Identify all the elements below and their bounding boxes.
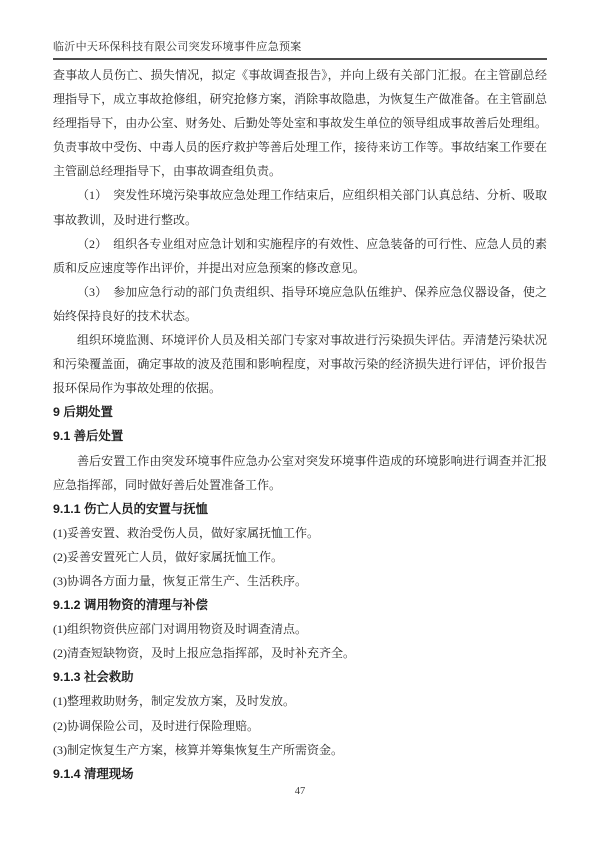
- page-header: 临沂中天环保科技有限公司突发环境事件应急预案: [53, 41, 547, 60]
- section-heading-9: 9 后期处置: [53, 400, 547, 424]
- page-footer: 47: [0, 786, 600, 797]
- list-item: (1)妥善安置、救治受伤人员，做好家属抚恤工作。: [53, 521, 547, 545]
- section-heading-9-1: 9.1 善后处置: [53, 424, 547, 448]
- section-heading-9-1-4: 9.1.4 清理现场: [53, 762, 547, 786]
- page-number: 47: [295, 786, 306, 797]
- list-item: (3)协调各方面力量，恢复正常生产、生活秩序。: [53, 569, 547, 593]
- paragraph: 组织环境监测、环境评价人员及相关部门专家对事故进行污染损失评估。弄清楚污染状况和…: [53, 328, 547, 400]
- section-heading-9-1-2: 9.1.2 调用物资的清理与补偿: [53, 593, 547, 617]
- section-heading-9-1-3: 9.1.3 社会救助: [53, 665, 547, 689]
- document-page: 临沂中天环保科技有限公司突发环境事件应急预案 查事故人员伤亡、损失情况，拟定《事…: [0, 0, 600, 848]
- list-item: (1)整理救助财务，制定发放方案，及时发放。: [53, 689, 547, 713]
- list-item: (2)妥善安置死亡人员，做好家属抚恤工作。: [53, 545, 547, 569]
- list-item: (2)协调保险公司，及时进行保险理赔。: [53, 714, 547, 738]
- paragraph: 善后安置工作由突发环境事件应急办公室对突发环境事件造成的环境影响进行调查并汇报应…: [53, 449, 547, 497]
- paragraph: 查事故人员伤亡、损失情况，拟定《事故调查报告》，并向上级有关部门汇报。在主管副总…: [53, 63, 547, 183]
- numbered-paragraph: （2） 组织各专业组对应急计划和实施程序的有效性、应急装备的可行性、应急人员的素…: [53, 232, 547, 280]
- numbered-paragraph: （1） 突发性环境污染事故应急处理工作结束后，应组织相关部门认真总结、分析、吸取…: [53, 183, 547, 231]
- list-item: (3)制定恢复生产方案，核算并筹集恢复生产所需资金。: [53, 738, 547, 762]
- document-body: 查事故人员伤亡、损失情况，拟定《事故调查报告》，并向上级有关部门汇报。在主管副总…: [53, 63, 547, 786]
- numbered-paragraph: （3） 参加应急行动的部门负责组织、指导环境应急队伍维护、保养应急仪器设备，使之…: [53, 280, 547, 328]
- list-item: (2)清查短缺物资，及时上报应急指挥部，及时补充齐全。: [53, 641, 547, 665]
- list-item: (1)组织物资供应部门对调用物资及时调查清点。: [53, 617, 547, 641]
- header-title: 临沂中天环保科技有限公司突发环境事件应急预案: [53, 41, 302, 53]
- section-heading-9-1-1: 9.1.1 伤亡人员的安置与抚恤: [53, 497, 547, 521]
